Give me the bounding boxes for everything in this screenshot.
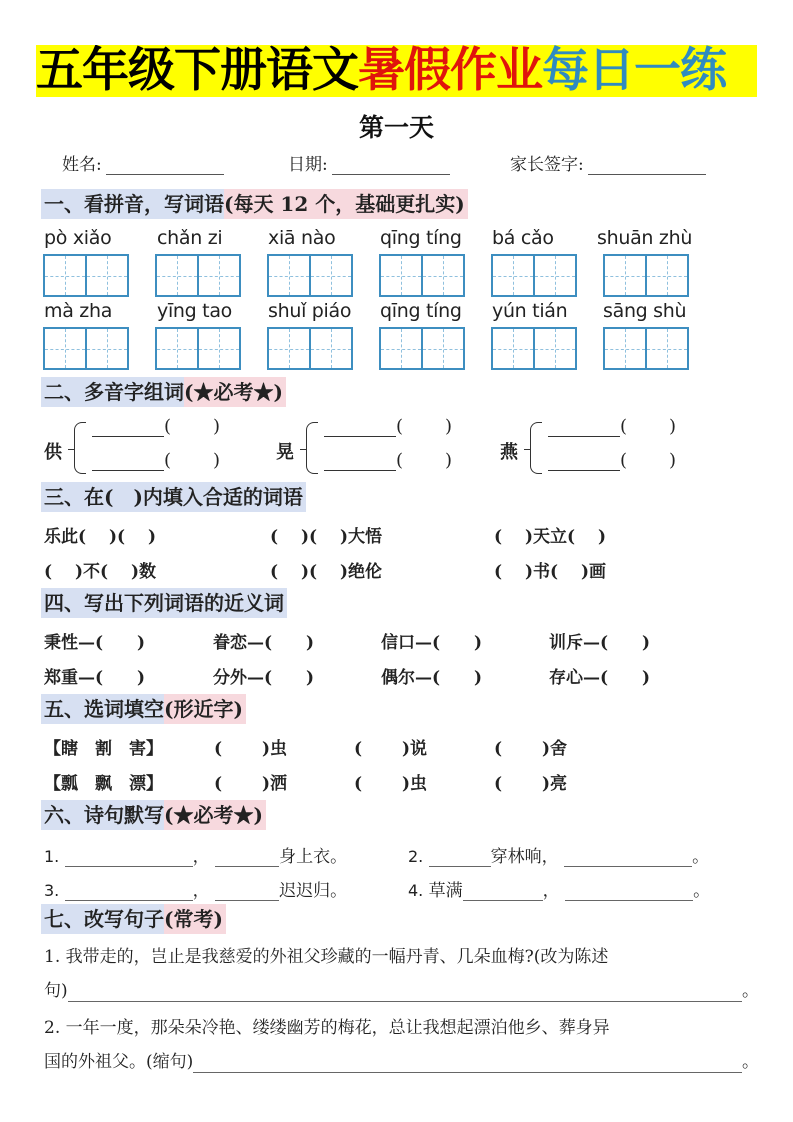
- answer-blank[interactable]: [548, 453, 620, 471]
- polyphonic-answer-row[interactable]: ( ): [92, 450, 220, 471]
- name-field[interactable]: 姓名:: [62, 150, 224, 175]
- section6-header: 六、诗句默写(★必考★): [41, 800, 266, 830]
- brace-icon: [306, 422, 318, 474]
- section7-note: (常考): [164, 904, 226, 934]
- poem-text: 。: [692, 847, 709, 867]
- synonym-item[interactable]: 分外—( ): [213, 663, 314, 688]
- writing-grid[interactable]: [155, 327, 241, 370]
- parent-sign-input-line[interactable]: [588, 155, 706, 175]
- writing-grid[interactable]: [491, 254, 577, 297]
- poem-text: 穿林响，: [491, 847, 559, 867]
- answer-blank[interactable]: [429, 849, 491, 867]
- pinyin-label: pò xiǎo: [44, 227, 111, 249]
- paren-close: ): [669, 450, 676, 471]
- section2-header: 二、多音字组词(★必考★): [41, 377, 286, 407]
- synonym-item[interactable]: 存心—( ): [549, 663, 650, 688]
- banner-summer-text: 暑假作业: [358, 45, 542, 97]
- synonym-item[interactable]: 郑重—( ): [44, 663, 145, 688]
- date-input-line[interactable]: [332, 155, 450, 175]
- parent-sign-field[interactable]: 家长签字:: [510, 150, 706, 175]
- paren-close: ): [445, 416, 452, 437]
- polyphonic-answer-row[interactable]: ( ): [548, 416, 676, 437]
- paren-close: ): [213, 416, 220, 437]
- date-label: 日期:: [288, 150, 328, 175]
- polyphonic-char: 供: [44, 438, 62, 464]
- writing-grid[interactable]: [379, 327, 465, 370]
- worksheet-banner: 五年级下册语文 暑假作业 每日一练: [36, 45, 757, 97]
- answer-line[interactable]: [68, 978, 742, 1002]
- poem-item-4: 4. 草满， 。: [408, 876, 710, 901]
- name-input-line[interactable]: [106, 155, 224, 175]
- item-number: 2.: [408, 847, 423, 866]
- poem-text: 。: [693, 881, 710, 901]
- section7-header: 七、改写句子(常考): [41, 904, 226, 934]
- writing-grid[interactable]: [43, 254, 129, 297]
- section6-note: (★必考★): [164, 800, 266, 830]
- answer-blank[interactable]: [92, 419, 164, 437]
- polyphonic-answer-row[interactable]: ( ): [92, 416, 220, 437]
- rewrite-question-2: 2. 一年一度，那朵朵冷艳、缕缕幽芳的梅花，总让我想起漂泊他乡、葬身异: [44, 1011, 764, 1045]
- paren-close: ): [669, 416, 676, 437]
- poem-item-1: 1. ， 身上衣。: [44, 842, 347, 867]
- section6-title: 六、诗句默写: [41, 800, 164, 830]
- name-label: 姓名:: [62, 150, 102, 175]
- synonym-item[interactable]: 秉性—( ): [44, 628, 145, 653]
- date-field[interactable]: 日期:: [288, 150, 450, 175]
- answer-blank[interactable]: [215, 849, 279, 867]
- section3-header: 三、在( )内填入合适的词语: [41, 482, 306, 512]
- pinyin-label: sāng shù: [603, 300, 686, 322]
- paren-close: ): [213, 450, 220, 471]
- polyphonic-answer-row[interactable]: ( ): [548, 450, 676, 471]
- word-choice-item[interactable]: ( )亮: [494, 769, 567, 794]
- answer-blank[interactable]: [463, 883, 543, 901]
- word-choice-item[interactable]: ( )说: [354, 734, 427, 759]
- poem-text: 迟迟归。: [279, 881, 347, 901]
- writing-grid[interactable]: [603, 254, 689, 297]
- polyphonic-answer-row[interactable]: ( ): [324, 450, 452, 471]
- brace-icon: [74, 422, 86, 474]
- item-number: 4.: [408, 881, 423, 900]
- section5-note: (形近字): [164, 694, 246, 724]
- poem-text: 身上衣。: [279, 847, 347, 867]
- rewrite-question-1: 1. 我带走的，岂止是我慈爱的外祖父珍藏的一幅丹青、几朵血梅?(改为陈述: [44, 940, 764, 974]
- writing-grid[interactable]: [603, 327, 689, 370]
- section4-title: 四、写出下列词语的近义词: [41, 588, 287, 618]
- section3-title: 三、在( )内填入合适的词语: [41, 482, 306, 512]
- answer-blank[interactable]: [215, 883, 279, 901]
- paren-open: (: [396, 416, 403, 437]
- brace-icon: [530, 422, 542, 474]
- section5-title: 五、选词填空: [41, 694, 164, 724]
- answer-blank[interactable]: [565, 883, 693, 901]
- banner-grade-text: 五年级下册语文: [36, 45, 358, 97]
- writing-grid[interactable]: [267, 327, 353, 370]
- section7-title: 七、改写句子: [41, 904, 164, 934]
- answer-blank[interactable]: [65, 883, 193, 901]
- section2-title: 二、多音字组词: [41, 377, 184, 407]
- banner-daily-text: 每日一练: [542, 45, 726, 97]
- writing-grid[interactable]: [267, 254, 353, 297]
- poem-text: ，: [193, 881, 210, 901]
- parent-sign-label: 家长签字:: [510, 150, 584, 175]
- writing-grid[interactable]: [155, 254, 241, 297]
- answer-blank[interactable]: [324, 453, 396, 471]
- poem-item-3: 3. ， 迟迟归。: [44, 876, 347, 901]
- pinyin-label: xiā nào: [268, 227, 335, 249]
- word-choice-item[interactable]: ( )洒: [214, 769, 287, 794]
- section1-title: 一、看拼音，写词语: [41, 189, 224, 219]
- word-options: 【瞎 割 害】: [44, 734, 163, 759]
- answer-line[interactable]: [193, 1049, 742, 1073]
- polyphonic-char: 晃: [276, 438, 294, 464]
- writing-grid[interactable]: [491, 327, 577, 370]
- poem-text: ，: [193, 847, 210, 867]
- item-number: 1.: [44, 847, 59, 866]
- idiom-fill-item[interactable]: ( )( )大悟: [270, 522, 382, 547]
- synonym-item[interactable]: 信口—( ): [381, 628, 482, 653]
- question-suffix: 句): [44, 974, 68, 1008]
- pinyin-label: shuǐ piáo: [268, 300, 351, 322]
- answer-blank[interactable]: [65, 849, 193, 867]
- pinyin-label: yīng tao: [157, 300, 232, 322]
- section4-header: 四、写出下列词语的近义词: [41, 588, 287, 618]
- idiom-fill-item[interactable]: ( )天立( ): [494, 522, 606, 547]
- poem-text: ，: [543, 881, 560, 901]
- polyphonic-char: 燕: [500, 438, 518, 464]
- polyphonic-answer-row[interactable]: ( ): [324, 416, 452, 437]
- word-choice-item[interactable]: ( )舍: [494, 734, 567, 759]
- word-options: 【瓢 飘 漂】: [44, 769, 163, 794]
- paren-open: (: [620, 416, 627, 437]
- synonym-item[interactable]: 训斥—( ): [549, 628, 650, 653]
- section5-header: 五、选词填空(形近字): [41, 694, 246, 724]
- word-choice-item[interactable]: ( )虫: [214, 734, 287, 759]
- pinyin-label: bá cǎo: [492, 227, 554, 249]
- rewrite-answer-1: 句) 。: [44, 974, 759, 1008]
- pinyin-label: qīng tíng: [380, 300, 462, 322]
- paren-open: (: [620, 450, 627, 471]
- idiom-fill-item[interactable]: 乐此( )( ): [44, 522, 156, 547]
- paren-open: (: [164, 450, 171, 471]
- writing-grid[interactable]: [379, 254, 465, 297]
- paren-open: (: [164, 416, 171, 437]
- answer-blank[interactable]: [564, 849, 692, 867]
- idiom-fill-item[interactable]: ( )书( )画: [494, 557, 606, 582]
- day-title: 第一天: [0, 108, 793, 144]
- item-number: 3.: [44, 881, 59, 900]
- idiom-fill-item[interactable]: ( )( )绝伦: [270, 557, 382, 582]
- section2-note: (★必考★): [184, 377, 286, 407]
- pinyin-label: mà zha: [44, 300, 112, 322]
- pinyin-label: chǎn zi: [157, 227, 222, 249]
- question-suffix: 国的外祖父。(缩句): [44, 1045, 193, 1079]
- word-choice-item[interactable]: ( )虫: [354, 769, 427, 794]
- end-mark: 。: [742, 1045, 759, 1079]
- poem-text: 草满: [429, 881, 463, 901]
- section1-note: (每天 12 个，基础更扎实): [224, 189, 468, 219]
- synonym-item[interactable]: 偶尔—( ): [381, 663, 482, 688]
- end-mark: 。: [742, 974, 759, 1008]
- section1-header: 一、看拼音，写词语(每天 12 个，基础更扎实): [41, 189, 468, 219]
- poem-item-2: 2. 穿林响， 。: [408, 842, 709, 867]
- rewrite-answer-2: 国的外祖父。(缩句) 。: [44, 1045, 759, 1079]
- pinyin-label: yún tián: [492, 300, 567, 322]
- paren-open: (: [396, 450, 403, 471]
- pinyin-label: shuān zhù: [597, 227, 692, 249]
- paren-close: ): [445, 450, 452, 471]
- pinyin-label: qīng tíng: [380, 227, 462, 249]
- answer-blank[interactable]: [324, 419, 396, 437]
- answer-blank[interactable]: [548, 419, 620, 437]
- writing-grid[interactable]: [43, 327, 129, 370]
- answer-blank[interactable]: [92, 453, 164, 471]
- synonym-item[interactable]: 眷恋—( ): [213, 628, 314, 653]
- idiom-fill-item[interactable]: ( )不( )数: [44, 557, 156, 582]
